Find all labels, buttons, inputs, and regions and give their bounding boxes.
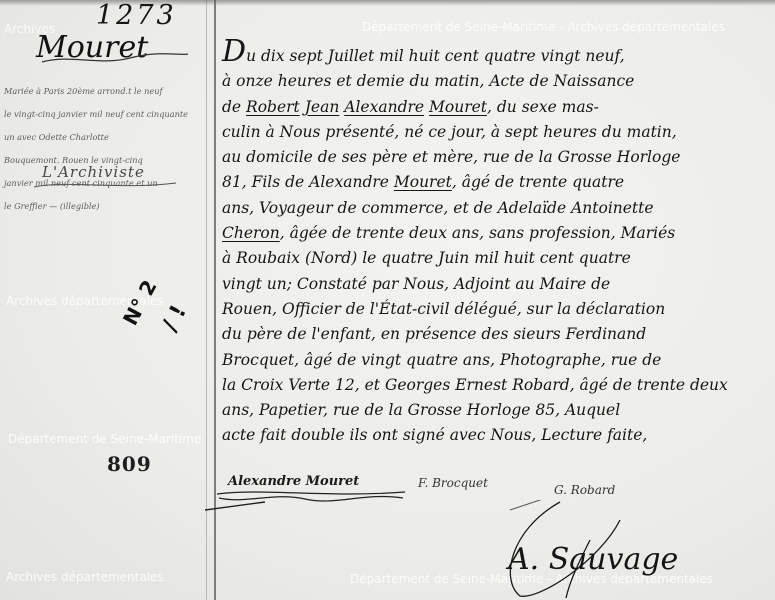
- child-first-name: Robert: [246, 98, 300, 116]
- act-line-4: culin à Nous présenté, né ce jour, à sep…: [222, 120, 770, 145]
- stamp-number: N° 2: [118, 276, 162, 329]
- signature-officer: A. Sauvage: [508, 542, 678, 577]
- mother-surname: Cheron: [222, 224, 280, 242]
- act-line-7: ans, Voyageur de commerce, et de Adelaïd…: [222, 196, 770, 221]
- signature-witness-2: G. Robard: [554, 483, 615, 497]
- signature-witness-1: F. Brocquet: [418, 476, 488, 490]
- act-line-1: Du dix sept Juillet mil huit cent quatre…: [222, 44, 770, 69]
- annotation-line: le vingt-cinq janvier mil neuf cent cinq…: [4, 109, 208, 121]
- annotation-signature-flourish-icon: [30, 178, 180, 192]
- child-surname: Mouret: [429, 98, 487, 116]
- act-line-8: Cheron, âgée de trente deux ans, sans pr…: [222, 221, 770, 246]
- annotation-line: le Greffier — (illegible): [4, 201, 208, 213]
- scanned-register-page: ArchivesDépartement de Seine-Maritime - …: [0, 0, 775, 600]
- act-line-2: à onze heures et demie du matin, Acte de…: [222, 69, 770, 94]
- act-line-5: au domicile de ses père et mère, rue de …: [222, 145, 770, 170]
- signature-father-flourish-icon: [205, 486, 415, 512]
- act-line-13: Brocquet, âgé de vingt quatre ans, Photo…: [222, 348, 770, 373]
- watermark-text: Département de Seine-Maritime: [8, 432, 201, 446]
- drop-cap: D: [222, 34, 246, 69]
- act-line-12: du père de l'enfant, en présence des sie…: [222, 322, 770, 347]
- act-line-16: acte fait double ils ont signé avec Nous…: [222, 423, 770, 448]
- folio-number: 809: [107, 452, 152, 476]
- surname-flourish-icon: [40, 50, 190, 68]
- act-line-10: vingt un; Constaté par Nous, Adjoint au …: [222, 272, 770, 297]
- father-surname: Mouret: [394, 173, 452, 191]
- act-line-15: ans, Papetier, rue de la Grosse Horloge …: [222, 398, 770, 423]
- stamp-marks: / !: [158, 301, 192, 335]
- marginal-annotation: Mariée à Paris 20ème arrond.t le neuf le…: [4, 74, 208, 224]
- annotation-line: Mariée à Paris 20ème arrond.t le neuf: [4, 86, 208, 98]
- annotation-line: un avec Odette Charlotte: [4, 132, 208, 144]
- act-line-14: la Croix Verte 12, et Georges Ernest Rob…: [222, 373, 770, 398]
- child-third-name: Alexandre: [344, 98, 424, 116]
- act-line-3: de Robert Jean Alexandre Mouret, du sexe…: [222, 95, 770, 120]
- act-text: Du dix sept Juillet mil huit cent quatre…: [222, 44, 770, 449]
- act-line-6: 81, Fils de Alexandre Mouret, âgé de tre…: [222, 170, 770, 195]
- watermark-text: Archives départementales: [6, 570, 164, 584]
- watermark-text: Département de Seine-Maritime - Archives…: [362, 20, 725, 34]
- child-second-name: Jean: [305, 98, 340, 116]
- act-line-11: Rouen, Officier de l'État-civil délégué,…: [222, 297, 770, 322]
- act-line-9: à Roubaix (Nord) le quatre Juin mil huit…: [222, 246, 770, 271]
- record-number: 1273: [96, 0, 177, 31]
